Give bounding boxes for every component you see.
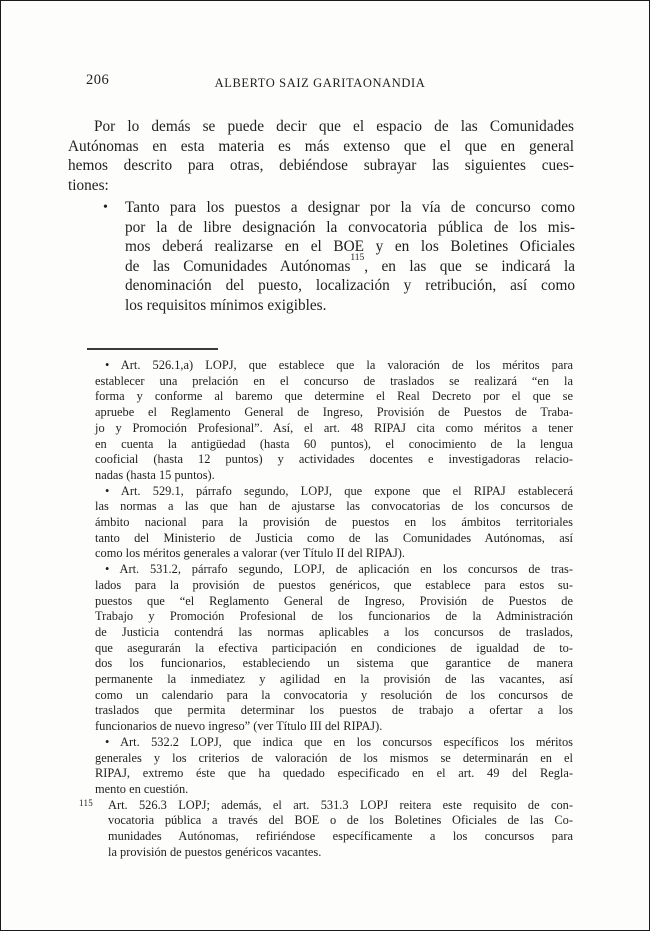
text-line: de Justicia contendrá las normas aplicab… [95,625,573,641]
text-line: mento en cuestión. [95,782,573,798]
text-line: las normas a las que han de ajustarse la… [95,499,573,515]
text-line: la provisión de puestos genéricos vacant… [108,845,573,861]
text-line: tanto del Ministerio de Justicia como de… [95,531,573,547]
text-line: los requisitos mínimos exigibles. [125,296,575,316]
text-line: lados para la provisión de puestos genér… [95,578,573,594]
text-line: tiones: [68,176,574,196]
text-line: vocatoria pública a través del BOE o de … [108,813,573,829]
text-line: • Art. 526.1,a) LOPJ, que establece que … [95,358,573,374]
footnote-continuation-block: • Art. 532.2 LOPJ, que indica que en los… [95,735,573,798]
text-line: jo y Promoción Profesional”. Así, el art… [95,421,573,437]
running-header: ALBERTO SAIZ GARITAONANDIA [68,76,572,91]
text-line: denominación del puesto, localización y … [125,276,575,296]
text-line: permanente la inmediatez y agilidad en l… [95,672,573,688]
text-line: de las Comunidades Autónomas115, en las … [125,257,575,277]
text-line: como los méritos generales a valorar (ve… [95,546,573,562]
text-line: puestos que “el Reglamento General de In… [95,594,573,610]
text-line: funcionarios de nuevo ingreso” (ver Títu… [95,719,573,735]
text-line: nadas (hasta 15 puntos). [95,468,573,484]
text-line: RIPAJ, extremo éste que ha quedado espec… [95,766,573,782]
text-segment: , en las que se indicará la [364,258,575,275]
text-line: Art. 526.3 LOPJ; además, el art. 531.3 L… [108,798,573,814]
footnotes-section: • Art. 526.1,a) LOPJ, que establece que … [1,358,650,861]
footnote-reference: 115 [350,253,364,263]
text-line: Tanto para los puestos a designar por la… [125,198,575,218]
footnote-115-number: 115 [79,796,93,812]
text-line: forma y conforme al baremo que determine… [95,389,573,405]
bullet-marker: • [103,198,108,218]
footnote-115-text: Art. 526.3 LOPJ; además, el art. 531.3 L… [108,798,573,861]
text-line: Autónomas en esta materia es más extenso… [68,137,574,157]
bullet-item: • Tanto para los puestos a designar por … [1,198,650,316]
text-line: generales y los criterios de valoración … [95,751,573,767]
text-segment: de las Comunidades Autónomas [125,258,350,275]
text-line: dos los funcionarios, estableciendo un s… [95,656,573,672]
footnote-continuation-block: • Art. 529.1, párrafo segundo, LOPJ, que… [95,484,573,563]
text-line: • Art. 529.1, párrafo segundo, LOPJ, que… [95,484,573,500]
text-line: como un calendario para la convocatoria … [95,688,573,704]
text-line: cooficial (hasta 12 puntos) y actividade… [95,452,573,468]
text-line: • Art. 532.2 LOPJ, que indica que en los… [95,735,573,751]
text-line: ámbito nacional para la provisión de pue… [95,515,573,531]
footnote-separator-rule [87,348,218,350]
text-line: munidades Autónomas, refiriéndose especí… [108,829,573,845]
text-line: que asegurarán la efectiva participación… [95,641,573,657]
book-page: 206 ALBERTO SAIZ GARITAONANDIA Por lo de… [0,0,650,931]
footnote-continuation-block: • Art. 526.1,a) LOPJ, que establece que … [95,358,573,484]
footnote-continuation-block: • Art. 531.2, párrafo segundo, LOPJ, de … [95,562,573,735]
text-line: traslados que permita determinar los pue… [95,703,573,719]
text-line: por la de libre designación la convocato… [125,218,575,238]
text-line: hemos descrito para otras, debiéndose su… [68,156,574,176]
text-line: Trabajo y Promoción Profesional de los f… [95,609,573,625]
text-line: apruebe el Reglamento General de Ingreso… [95,405,573,421]
text-line: Por lo demás se puede decir que el espac… [68,117,574,137]
text-line: • Art. 531.2, párrafo segundo, LOPJ, de … [95,562,573,578]
text-line: establecer una prelación en el concurso … [95,374,573,390]
body-paragraph: Por lo demás se puede decir que el espac… [68,117,574,195]
footnote-115: 115 Art. 526.3 LOPJ; además, el art. 531… [1,798,650,861]
bullet-text: Tanto para los puestos a designar por la… [125,198,575,316]
text-line: en cuenta la antigüedad (hasta 60 puntos… [95,437,573,453]
